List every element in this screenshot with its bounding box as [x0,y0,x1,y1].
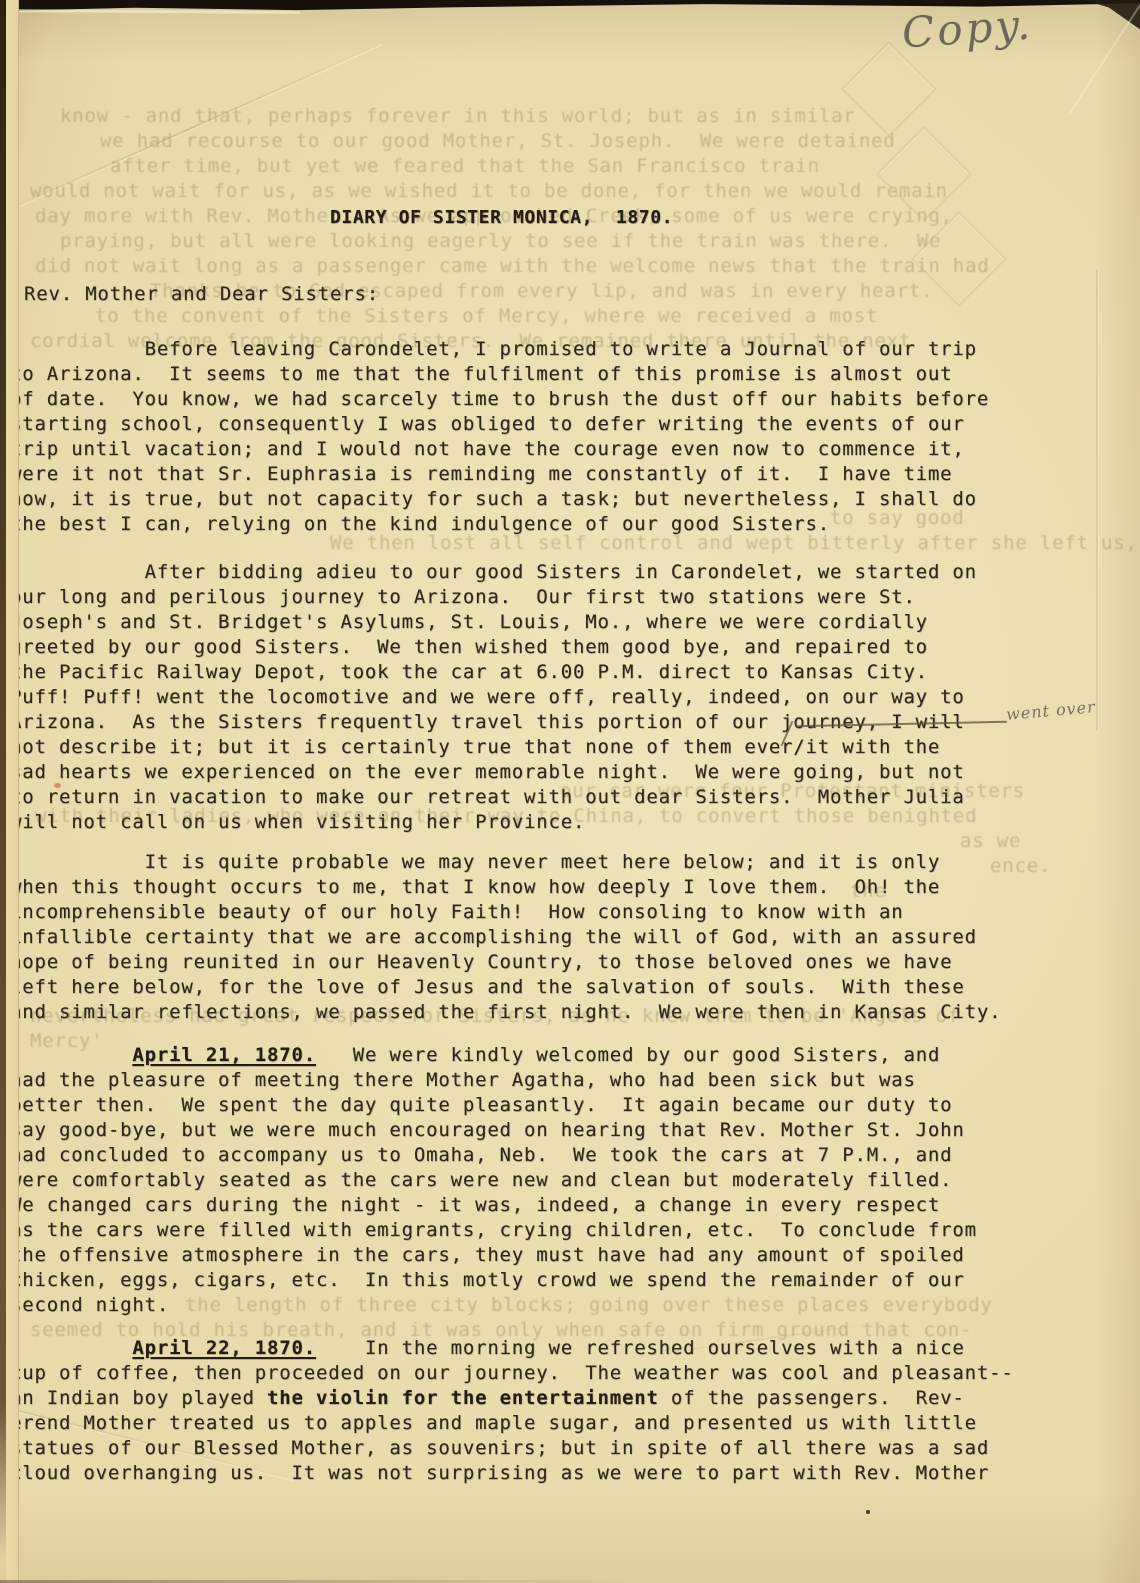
typed-text: not describe it; but it is certainly tru… [10,736,940,758]
typed-text: when this thought occurs to me, that I k… [10,876,940,898]
typed-text: the offensive atmosphere in the cars, th… [10,1244,965,1266]
typed-line: incomprehensible beauty of our holy Fait… [10,900,1001,925]
typed-text: statues of our Blessed Mother, as souven… [10,1437,989,1459]
typed-text: cup of coffee, then proceeded on our jou… [10,1362,1014,1384]
typed-line: the best I can, relying on the kind indu… [10,512,989,537]
typed-text: Joseph's and St. Bridget's Asylums, St. … [10,611,928,633]
typed-line: left here below, for the love of Jesus a… [10,975,1001,1000]
typed-line: when this thought occurs to me, that I k… [10,875,1001,900]
typed-text: and similar reflections, we passed the f… [10,1001,1001,1023]
ink-speck [866,1510,870,1514]
typed-line: were comfortably seated as the cars were… [10,1168,977,1193]
paragraph: Before leaving Carondelet, I promised to… [10,337,989,537]
scanned-document-page: know - and that, perhaps forever in this… [0,0,1140,1583]
typed-line: cup of coffee, then proceeded on our jou… [10,1361,1014,1386]
underlying-page-edge [6,0,19,1583]
typed-line: Joseph's and St. Bridget's Asylums, St. … [10,610,977,635]
typed-line: sad hearts we experienced on the ever me… [10,760,977,785]
typed-line: our long and perilous journey to Arizona… [10,585,977,610]
typed-line: starting school, consequently I was obli… [10,412,989,437]
typed-text: greeted by our good Sisters. We then wis… [10,636,928,658]
typed-line: second night. [10,1293,977,1318]
typed-text: to Arizona. It seems to me that the fulf… [10,363,952,385]
red-speck [54,783,61,788]
typed-text: In the morning we refreshed ourselves wi… [316,1337,965,1359]
typed-text: an Indian boy played [10,1387,267,1409]
typed-text: erend Mother treated us to apples and ma… [10,1412,977,1434]
typed-text: Puff! Puff! went the locomotive and we w… [10,686,965,708]
typed-text [10,1337,132,1359]
typed-line: an Indian boy played the violin for the … [10,1386,1014,1411]
typed-text: incomprehensible beauty of our holy Fait… [10,901,903,923]
typed-line: will not call on us when visiting her Pr… [10,810,977,835]
typed-text: better then. We spent the day quite plea… [10,1094,952,1116]
typed-text: It is quite probable we may never meet h… [10,851,940,873]
typed-text: Before leaving Carondelet, I promised to… [10,338,977,360]
typed-text: the Pacific Railway Depot, took the car … [10,661,928,683]
paragraph: April 21, 1870. We were kindly welcomed … [10,1043,977,1318]
typed-text: were it not that Sr. Euphrasia is remind… [10,463,952,485]
typed-text: We were kindly welcomed by our good Sist… [316,1044,940,1066]
typed-text: trip until vacation; and I would not hav… [10,438,965,460]
typed-line: statues of our Blessed Mother, as souven… [10,1436,1014,1461]
typed-line: After bidding adieu to our good Sisters … [10,560,977,585]
typed-line: April 21, 1870. We were kindly welcomed … [10,1043,977,1068]
typed-line: cloud overhanging us. It was not surpris… [10,1461,1014,1486]
typed-line: the Pacific Railway Depot, took the car … [10,660,977,685]
paragraph: It is quite probable we may never meet h… [10,850,1001,1025]
copy-annotation: Copy. [900,0,1034,58]
typed-text: chicken, eggs, cigars, etc. In this motl… [10,1269,965,1291]
typed-text [10,1044,132,1066]
typed-line: Before leaving Carondelet, I promised to… [10,337,989,362]
typed-text: starting school, consequently I was obli… [10,413,965,435]
typed-text: were comfortably seated as the cars were… [10,1169,952,1191]
typed-line: had concluded to accompany us to Omaha, … [10,1143,977,1168]
typed-line: now, it is true, but not capacity for su… [10,487,989,512]
typed-text: of the passengers. Rev- [659,1387,965,1409]
typed-text: had the pleasure of meeting there Mother… [10,1069,916,1091]
typed-text: cloud overhanging us. It was not surpris… [10,1462,989,1484]
typed-text: left here below, for the love of Jesus a… [10,976,965,998]
typed-line: as the cars were filled with emigrants, … [10,1218,977,1243]
typed-text: Arizona. As the Sisters frequently trave… [10,711,965,733]
typed-line: infallible certainty that we are accompl… [10,925,1001,950]
paragraph: April 22, 1870. In the morning we refres… [10,1336,1014,1486]
typed-line: to return in vacation to make our retrea… [10,785,977,810]
typed-text: the violin for the entertainment [267,1387,659,1409]
typed-line: trip until vacation; and I would not hav… [10,437,989,462]
typed-text: After bidding adieu to our good Sisters … [10,561,977,583]
typed-line: had the pleasure of meeting there Mother… [10,1068,977,1093]
typed-text: as the cars were filled with emigrants, … [10,1219,977,1241]
date-heading: April 21, 1870. [132,1044,316,1066]
typed-line: the offensive atmosphere in the cars, th… [10,1243,977,1268]
typed-line: Puff! Puff! went the locomotive and we w… [10,685,977,710]
typed-line: not describe it; but it is certainly tru… [10,735,977,760]
typed-line: We changed cars during the night - it wa… [10,1193,977,1218]
typed-line: greeted by our good Sisters. We then wis… [10,635,977,660]
typed-line: of date. You know, we had scarcely time … [10,387,989,412]
typed-line: and similar reflections, we passed the f… [10,1000,1001,1025]
typed-text: hope of being reunited in our Heavenly C… [10,951,952,973]
typed-line: to Arizona. It seems to me that the fulf… [10,362,989,387]
paragraph: After bidding adieu to our good Sisters … [10,560,977,835]
typed-line: hope of being reunited in our Heavenly C… [10,950,1001,975]
typed-text: say good-bye, but we were much encourage… [10,1119,965,1141]
typed-line: chicken, eggs, cigars, etc. In this motl… [10,1268,977,1293]
typed-text: infallible certainty that we are accompl… [10,926,977,948]
typed-text: our long and perilous journey to Arizona… [10,586,916,608]
date-heading: April 22, 1870. [132,1337,316,1359]
typed-text: had concluded to accompany us to Omaha, … [10,1144,952,1166]
typed-text: sad hearts we experienced on the ever me… [10,761,965,783]
typed-text: of date. You know, we had scarcely time … [10,388,989,410]
typed-line: better then. We spent the day quite plea… [10,1093,977,1118]
typed-line: erend Mother treated us to apples and ma… [10,1411,1014,1436]
typed-line: were it not that Sr. Euphrasia is remind… [10,462,989,487]
typed-text: will not call on us when visiting her Pr… [10,811,585,833]
typed-line: say good-bye, but we were much encourage… [10,1118,977,1143]
typed-text: the best I can, relying on the kind indu… [10,513,830,535]
typed-text: second night. [10,1294,169,1316]
typed-line: Arizona. As the Sisters frequently trave… [10,710,977,735]
typed-text: We changed cars during the night - it wa… [10,1194,940,1216]
typed-line: April 22, 1870. In the morning we refres… [10,1336,1014,1361]
typed-text: to return in vacation to make our retrea… [10,786,965,808]
typed-line: It is quite probable we may never meet h… [10,850,1001,875]
typed-text: now, it is true, but not capacity for su… [10,488,977,510]
document-body: Before leaving Carondelet, I promised to… [0,0,1140,1583]
